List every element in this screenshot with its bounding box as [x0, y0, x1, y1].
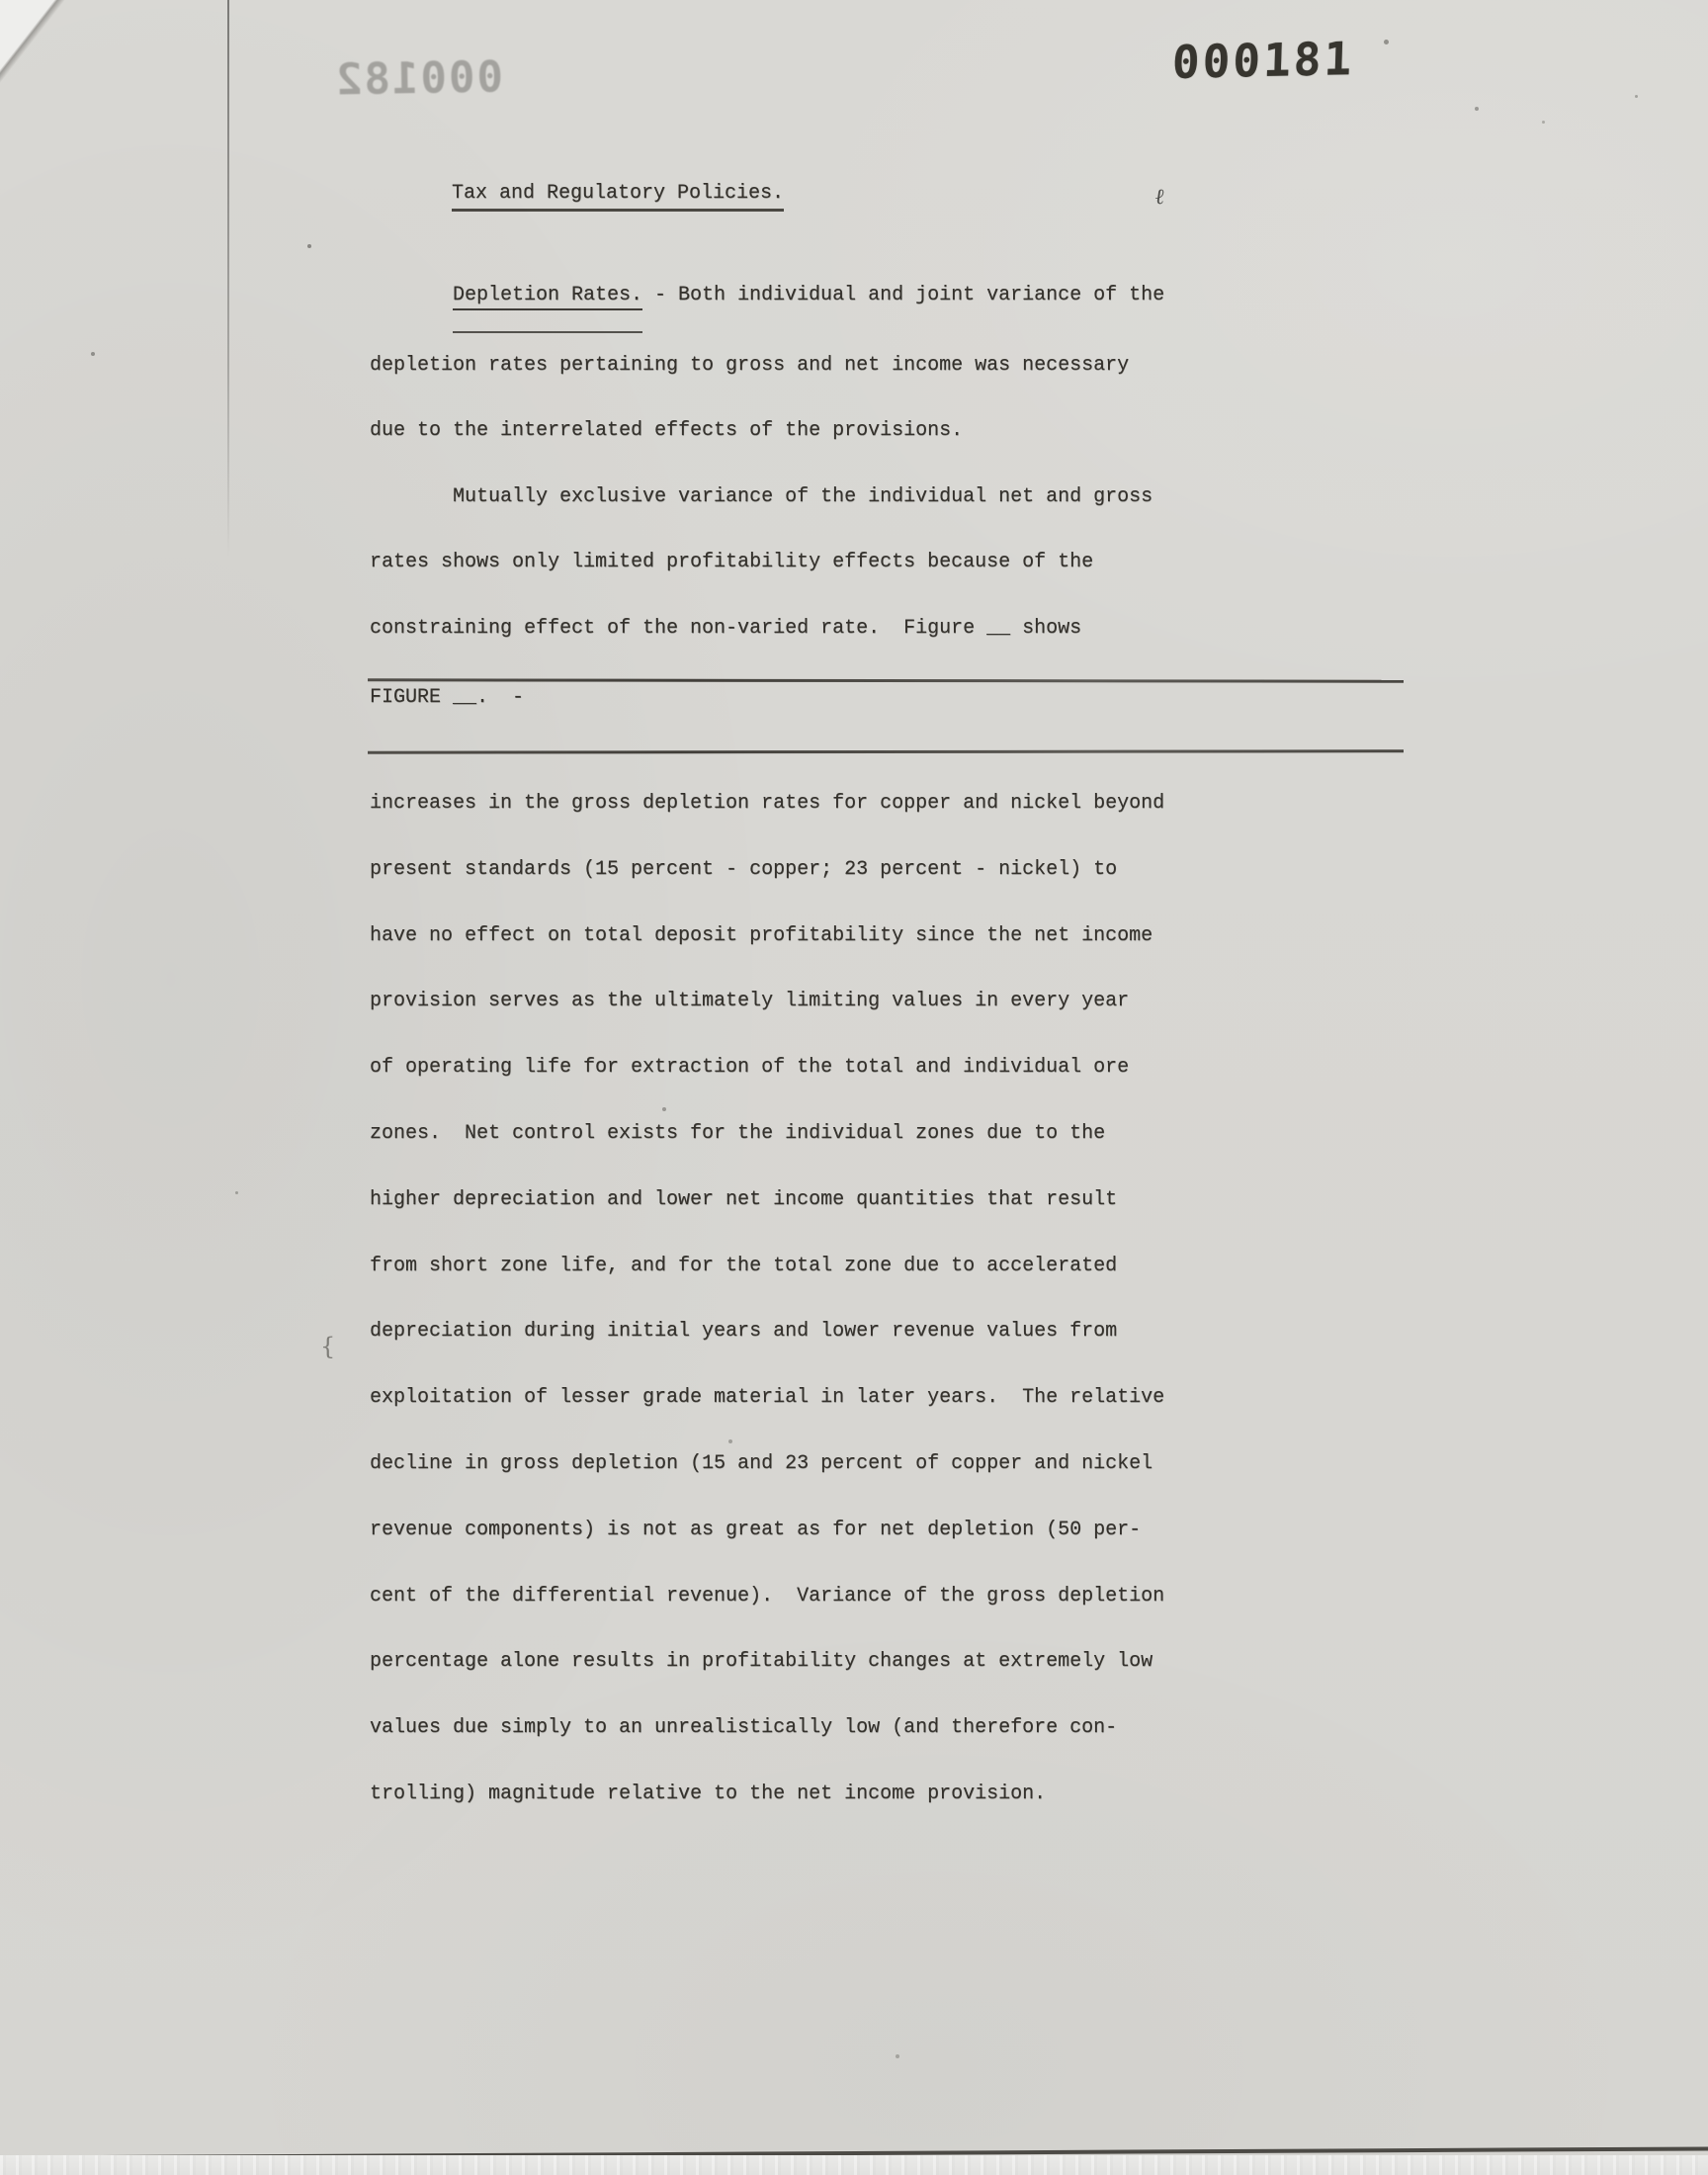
typed-line: decline in gross depletion (15 and 23 pe… [370, 1432, 1164, 1498]
typed-line: rates shows only limited profitability e… [370, 530, 1164, 596]
dust-speck [235, 1191, 238, 1194]
typed-line: Depletion Rates. - Both individual and j… [370, 263, 1164, 333]
stray-pen-mark: ℓ [1153, 183, 1166, 210]
paragraph-lead-text: Depletion Rates. [453, 284, 642, 310]
paper-crease-line [227, 0, 229, 559]
dust-speck [733, 1200, 736, 1203]
typed-line: zones. Net control exists for the indivi… [370, 1101, 1164, 1168]
dust-speck [1475, 107, 1479, 111]
page-corner-fold [0, 0, 128, 114]
dust-speck [1635, 95, 1638, 98]
paragraphs-before-figure: Depletion Rates. - Both individual and j… [370, 263, 1164, 661]
typed-line: exploitation of lesser grade material in… [370, 1365, 1164, 1432]
typed-line: depreciation during initial years and lo… [370, 1299, 1164, 1365]
figure-callout-rule-bottom [368, 749, 1404, 753]
figure-callout-label: FIGURE __. - [370, 686, 524, 709]
typed-line: revenue components) is not as great as f… [370, 1498, 1164, 1564]
scanned-document-page: 000182 000181 ℓ Tax and Regulatory Polic… [0, 0, 1708, 2175]
typed-line: of operating life for extraction of the … [370, 1035, 1164, 1101]
dust-speck [1542, 121, 1545, 124]
dust-speck [896, 2054, 899, 2058]
figure-callout-rule-top [368, 678, 1404, 682]
typed-line: percentage alone results in profitabilit… [370, 1629, 1164, 1696]
typed-line: depletion rates pertaining to gross and … [370, 333, 1164, 399]
bleedthrough-page-number-stamp: 000182 [334, 52, 504, 106]
typed-line: increases in the gross depletion rates f… [370, 771, 1164, 837]
typed-line: cent of the differential revenue). Varia… [370, 1564, 1164, 1630]
underlined-run-heading: Depletion Rates. [453, 263, 642, 333]
typed-line: constraining effect of the non-varied ra… [370, 596, 1164, 662]
typed-line: values due simply to an unrealistically … [370, 1696, 1164, 1762]
paragraph-after-figure: increases in the gross depletion rates f… [370, 771, 1164, 1828]
page-number-stamp: 000181 [1171, 32, 1355, 89]
dust-speck [728, 1439, 732, 1443]
typed-line: Mutually exclusive variance of the indiv… [370, 465, 1164, 531]
typed-line: trolling) magnitude relative to the net … [370, 1762, 1164, 1828]
typed-line-text: - Both individual and joint variance of … [642, 284, 1164, 306]
section-heading: Tax and Regulatory Policies. [452, 182, 784, 212]
dust-speck [307, 244, 311, 248]
dust-speck [1384, 40, 1389, 44]
typed-line: present standards (15 percent - copper; … [370, 837, 1164, 904]
dust-speck [91, 352, 95, 356]
section-heading-text: Tax and Regulatory Policies. [452, 182, 784, 212]
dust-speck [662, 1107, 666, 1111]
dust-speck [534, 1325, 537, 1328]
typed-line: from short zone life, and for the total … [370, 1234, 1164, 1300]
typed-line: have no effect on total deposit profitab… [370, 904, 1164, 970]
stray-brace-mark: { [320, 1333, 335, 1360]
typed-line: higher depreciation and lower net income… [370, 1168, 1164, 1234]
scanner-background-strip [0, 2155, 1708, 2175]
typed-line: provision serves as the ultimately limit… [370, 969, 1164, 1035]
typed-line: due to the interrelated effects of the p… [370, 398, 1164, 465]
